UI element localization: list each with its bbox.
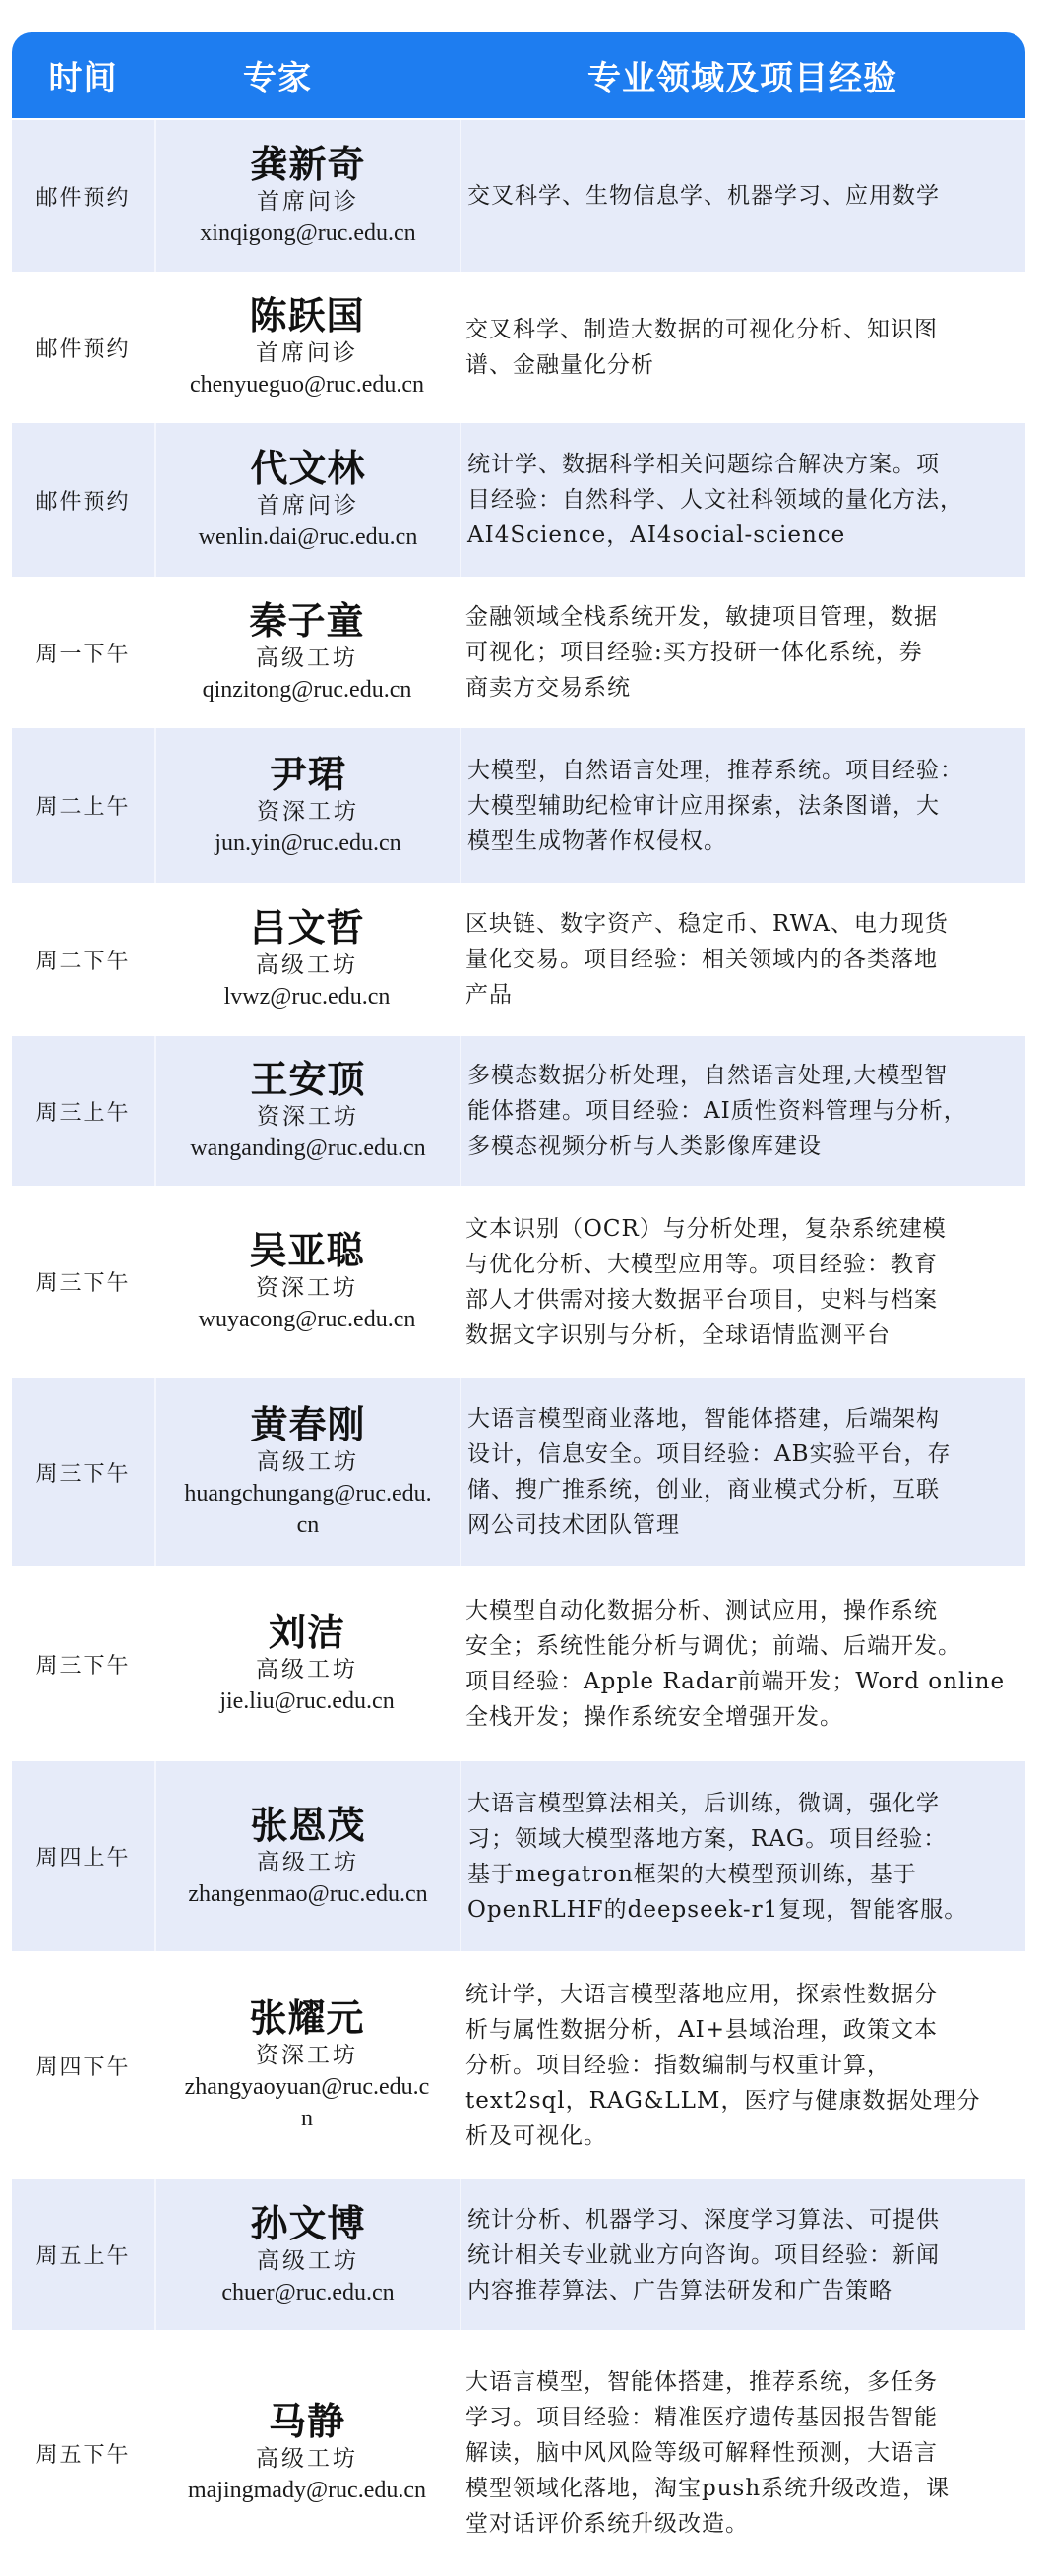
email-line: lvwz@ruc.edu.cn (224, 981, 391, 1012)
time-cell: 周三下午 (12, 1378, 154, 1566)
expertise-cell: 大语言模型，智能体搭建，推荐系统，多任务学习。项目经验：精准医疗遗传基因报告智能… (460, 2330, 1025, 2576)
time-slot: 邮件预约 (35, 485, 130, 516)
table-row: 周三下午黄春刚高级工坊huangchungang@ruc.edu.cn大语言模型… (12, 1378, 1025, 1566)
header-time: 时间 (12, 51, 154, 99)
expert-cell: 黄春刚高级工坊huangchungang@ruc.edu.cn (154, 1378, 460, 1566)
table-header: 时间 专家 专业领域及项目经验 (12, 32, 1025, 118)
time-slot: 周三下午 (35, 1266, 130, 1297)
expertise-cell: 金融领域全栈系统开发，敏捷项目管理，数据可视化；项目经验:买方投研一体化系统，券… (460, 577, 1025, 728)
expertise-line: text2sql，RAG&LLM，医疗与健康数据处理分 (465, 2083, 1021, 2118)
expert-title: 资深工坊 (256, 1272, 358, 1304)
expertise-line: 交叉科学、制造大数据的可视化分析、知识图 (465, 312, 1021, 347)
table-row: 周二上午尹珺资深工坊jun.yin@ruc.edu.cn大模型，自然语言处理，推… (12, 728, 1025, 883)
time-cell: 周二上午 (12, 728, 154, 883)
expertise-line: AI4Science，AI4social-science (467, 518, 1021, 553)
expert-schedule-table: 时间 专家 专业领域及项目经验 邮件预约龚新奇首席问诊xinqigong@ruc… (12, 32, 1025, 2576)
expertise-cell: 大语言模型商业落地，智能体搭建，后端架构设计，信息安全。项目经验：AB实验平台，… (460, 1378, 1025, 1566)
expert-name: 吴亚聪 (249, 1229, 364, 1272)
email-line: n (185, 2103, 430, 2134)
expertise-line: 区块链、数字资产、稳定币、RWA、电力现货 (465, 906, 1021, 942)
expert-title: 高级工坊 (256, 2443, 358, 2475)
time-slot: 周二上午 (35, 790, 130, 821)
time-cell: 邮件预约 (12, 272, 154, 423)
expert-name: 孙文博 (250, 2202, 365, 2245)
time-slot: 邮件预约 (35, 333, 130, 363)
expertise-line: 量化交易。项目经验：相关领域内的各类落地 (465, 942, 1021, 977)
expertise-line: 统计相关专业就业方向咨询。项目经验：新闻 (467, 2238, 1021, 2273)
expertise-line: 大模型辅助纪检审计应用探索，法条图谱，大 (467, 788, 1021, 824)
expertise-line: 部人才供需对接大数据平台项目，史料与档案 (465, 1282, 1021, 1318)
expert-email[interactable]: huangchungang@ruc.edu.cn (184, 1478, 431, 1541)
header-description: 专业领域及项目经验 (460, 51, 1025, 99)
expert-email[interactable]: chuer@ruc.edu.cn (221, 2277, 394, 2308)
expertise-line: 安全；系统性能分析与调优；前端、后端开发。 (465, 1628, 1021, 1664)
expertise-line: 可视化；项目经验:买方投研一体化系统，券 (465, 635, 1021, 670)
expertise-cell: 统计分析、机器学习、深度学习算法、可提供统计相关专业就业方向咨询。项目经验：新闻… (460, 2179, 1025, 2330)
time-cell: 周三上午 (12, 1036, 154, 1186)
expert-email[interactable]: zhangenmao@ruc.edu.cn (188, 1878, 427, 1910)
expertise-line: 大语言模型算法相关，后训练，微调，强化学 (467, 1786, 1021, 1821)
expertise-line: 设计，信息安全。项目经验：AB实验平台，存 (467, 1437, 1021, 1472)
header-expert: 专家 (154, 51, 460, 99)
table-row: 周三下午吴亚聪资深工坊wuyacong@ruc.edu.cn文本识别（OCR）与… (12, 1186, 1025, 1378)
expertise-line: 堂对话评价系统升级改造。 (465, 2506, 1021, 2542)
expertise-line: 析与属性数据分析，AI+县域治理，政策文本 (465, 2012, 1021, 2048)
expert-cell: 秦子童高级工坊qinzitong@ruc.edu.cn (154, 577, 460, 728)
expertise-line: 交叉科学、生物信息学、机器学习、应用数学 (467, 178, 1021, 214)
email-line: wenlin.dai@ruc.edu.cn (199, 521, 418, 553)
table-row: 周四下午张耀元资深工坊zhangyaoyuan@ruc.edu.cn统计学，大语… (12, 1951, 1025, 2179)
expert-title: 首席问诊 (257, 490, 359, 521)
email-line: huangchungang@ruc.edu. (184, 1478, 431, 1509)
expert-cell: 吴亚聪资深工坊wuyacong@ruc.edu.cn (154, 1186, 460, 1378)
table-row: 邮件预约陈跃国首席问诊chenyueguo@ruc.edu.cn交叉科学、制造大… (12, 272, 1025, 423)
expert-name: 代文林 (250, 447, 365, 490)
expert-name: 秦子童 (249, 599, 364, 643)
expert-email[interactable]: zhangyaoyuan@ruc.edu.cn (185, 2071, 430, 2134)
expert-email[interactable]: wenlin.dai@ruc.edu.cn (199, 521, 418, 553)
expertise-line: 金融领域全栈系统开发，敏捷项目管理，数据 (465, 599, 1021, 635)
email-line: xinqigong@ruc.edu.cn (200, 217, 415, 249)
expert-name: 刘洁 (269, 1611, 345, 1654)
expertise-line: 目经验：自然科学、人文社科领域的量化方法， (467, 482, 1021, 518)
expert-cell: 马静高级工坊majingmady@ruc.edu.cn (154, 2330, 460, 2576)
expertise-line: 统计分析、机器学习、深度学习算法、可提供 (467, 2202, 1021, 2238)
time-cell: 周四下午 (12, 1951, 154, 2179)
expert-name: 黄春刚 (250, 1403, 365, 1446)
table-row: 周一下午秦子童高级工坊qinzitong@ruc.edu.cn金融领域全栈系统开… (12, 577, 1025, 728)
expertise-cell: 大模型，自然语言处理，推荐系统。项目经验：大模型辅助纪检审计应用探索，法条图谱，… (460, 728, 1025, 883)
table-row: 周五上午孙文博高级工坊chuer@ruc.edu.cn统计分析、机器学习、深度学… (12, 2179, 1025, 2330)
expertise-line: 网公司技术团队管理 (467, 1507, 1021, 1543)
expert-email[interactable]: xinqigong@ruc.edu.cn (200, 217, 415, 249)
expertise-line: 统计学，大语言模型落地应用，探索性数据分 (465, 1977, 1021, 2012)
expertise-cell: 交叉科学、生物信息学、机器学习、应用数学 (460, 120, 1025, 272)
expertise-line: 学习。项目经验：精准医疗遗传基因报告智能 (465, 2400, 1021, 2435)
expertise-line: 多模态数据分析处理，自然语言处理,大模型智 (467, 1058, 1021, 1093)
expert-cell: 吕文哲高级工坊lvwz@ruc.edu.cn (154, 883, 460, 1036)
table-row: 周三上午王安顶资深工坊wanganding@ruc.edu.cn多模态数据分析处… (12, 1036, 1025, 1186)
time-slot: 邮件预约 (35, 181, 130, 212)
expertise-cell: 文本识别（OCR）与分析处理，复杂系统建模与优化分析、大模型应用等。项目经验：教… (460, 1186, 1025, 1378)
expert-cell: 王安顶资深工坊wanganding@ruc.edu.cn (154, 1036, 460, 1186)
expertise-line: 大模型，自然语言处理，推荐系统。项目经验： (467, 753, 1021, 788)
time-cell: 周五下午 (12, 2330, 154, 2576)
email-line: chuer@ruc.edu.cn (221, 2277, 394, 2308)
expert-email[interactable]: jie.liu@ruc.edu.cn (219, 1686, 394, 1717)
table-body: 邮件预约龚新奇首席问诊xinqigong@ruc.edu.cn交叉科学、生物信息… (12, 120, 1025, 2576)
email-line: wanganding@ruc.edu.cn (190, 1133, 425, 1164)
expert-email[interactable]: chenyueguo@ruc.edu.cn (190, 369, 424, 400)
expertise-cell: 交叉科学、制造大数据的可视化分析、知识图谱、金融量化分析 (460, 272, 1025, 423)
time-cell: 周五上午 (12, 2179, 154, 2330)
expert-name: 陈跃国 (249, 294, 364, 337)
expertise-line: 与优化分析、大模型应用等。项目经验：教育 (465, 1247, 1021, 1282)
expertise-cell: 统计学、数据科学相关问题综合解决方案。项目经验：自然科学、人文社科领域的量化方法… (460, 423, 1025, 577)
expertise-line: 基于megatron框架的大模型预训练，基于 (467, 1857, 1021, 1892)
expertise-cell: 大模型自动化数据分析、测试应用，操作系统安全；系统性能分析与调优；前端、后端开发… (460, 1566, 1025, 1761)
expert-cell: 张耀元资深工坊zhangyaoyuan@ruc.edu.cn (154, 1951, 460, 2179)
expertise-line: 大模型自动化数据分析、测试应用，操作系统 (465, 1593, 1021, 1628)
expert-cell: 龚新奇首席问诊xinqigong@ruc.edu.cn (154, 120, 460, 272)
expert-name: 张耀元 (249, 1996, 364, 2040)
expertise-line: OpenRLHF的deepseek-r1复现，智能客服。 (467, 1892, 1021, 1928)
table-row: 周五下午马静高级工坊majingmady@ruc.edu.cn大语言模型，智能体… (12, 2330, 1025, 2576)
expertise-line: 内容推荐算法、广告算法研发和广告策略 (467, 2273, 1021, 2308)
time-slot: 周二下午 (35, 945, 130, 975)
expertise-cell: 统计学，大语言模型落地应用，探索性数据分析与属性数据分析，AI+县域治理，政策文… (460, 1951, 1025, 2179)
expert-title: 高级工坊 (257, 2245, 359, 2277)
expertise-line: 储、搜广推系统，创业，商业模式分析，互联 (467, 1472, 1021, 1507)
expert-title: 高级工坊 (257, 1446, 359, 1478)
email-line: zhangenmao@ruc.edu.cn (188, 1878, 427, 1910)
expertise-line: 商卖方交易系统 (465, 670, 1021, 705)
expert-cell: 陈跃国首席问诊chenyueguo@ruc.edu.cn (154, 272, 460, 423)
table-row: 周三下午刘洁高级工坊jie.liu@ruc.edu.cn大模型自动化数据分析、测… (12, 1566, 1025, 1761)
expert-cell: 尹珺资深工坊jun.yin@ruc.edu.cn (154, 728, 460, 883)
expert-title: 首席问诊 (256, 337, 358, 369)
expert-cell: 代文林首席问诊wenlin.dai@ruc.edu.cn (154, 423, 460, 577)
table-row: 周四上午张恩茂高级工坊zhangenmao@ruc.edu.cn大语言模型算法相… (12, 1761, 1025, 1951)
expert-name: 王安顶 (250, 1058, 365, 1101)
expertise-line: 谱、金融量化分析 (465, 347, 1021, 383)
expertise-line: 统计学、数据科学相关问题综合解决方案。项 (467, 447, 1021, 482)
expert-title: 高级工坊 (256, 643, 358, 674)
expertise-line: 习；领域大模型落地方案，RAG。项目经验： (467, 1821, 1021, 1857)
expertise-cell: 大语言模型算法相关，后训练，微调，强化学习；领域大模型落地方案，RAG。项目经验… (460, 1761, 1025, 1951)
time-slot: 周三下午 (35, 1457, 130, 1488)
time-slot: 周三下午 (35, 1649, 130, 1680)
expert-title: 高级工坊 (257, 1847, 359, 1878)
expert-title: 资深工坊 (257, 1101, 359, 1133)
expert-email[interactable]: wanganding@ruc.edu.cn (190, 1133, 425, 1164)
expert-title: 资深工坊 (256, 2040, 358, 2071)
time-slot: 周五上午 (35, 2239, 130, 2270)
time-cell: 邮件预约 (12, 120, 154, 272)
expert-name: 马静 (269, 2400, 345, 2443)
expertise-line: 多模态视频分析与人类影像库建设 (467, 1129, 1021, 1164)
email-line: qinzitong@ruc.edu.cn (203, 674, 412, 705)
time-cell: 周一下午 (12, 577, 154, 728)
expert-name: 张恩茂 (250, 1804, 365, 1847)
expertise-line: 项目经验：Apple Radar前端开发；Word online (465, 1664, 1021, 1699)
expert-title: 资深工坊 (257, 796, 359, 828)
expert-cell: 刘洁高级工坊jie.liu@ruc.edu.cn (154, 1566, 460, 1761)
expertise-line: 模型领域化落地，淘宝push系统升级改造，课 (465, 2471, 1021, 2506)
expert-name: 尹珺 (270, 753, 346, 796)
expertise-line: 产品 (465, 977, 1021, 1012)
expertise-line: 析及可视化。 (465, 2118, 1021, 2154)
expertise-cell: 区块链、数字资产、稳定币、RWA、电力现货量化交易。项目经验：相关领域内的各类落… (460, 883, 1025, 1036)
expert-email[interactable]: majingmady@ruc.edu.cn (188, 2475, 426, 2506)
expertise-cell: 多模态数据分析处理，自然语言处理,大模型智能体搭建。项目经验：AI质性资料管理与… (460, 1036, 1025, 1186)
expertise-line: 模型生成物著作权侵权。 (467, 824, 1021, 859)
email-line: chenyueguo@ruc.edu.cn (190, 369, 424, 400)
time-slot: 周三上午 (35, 1096, 130, 1127)
expertise-line: 大语言模型商业落地，智能体搭建，后端架构 (467, 1401, 1021, 1437)
expertise-line: 能体搭建。项目经验：AI质性资料管理与分析， (467, 1093, 1021, 1129)
time-slot: 周五下午 (35, 2438, 130, 2469)
email-line: jun.yin@ruc.edu.cn (215, 828, 400, 859)
email-line: majingmady@ruc.edu.cn (188, 2475, 426, 2506)
expert-email[interactable]: qinzitong@ruc.edu.cn (203, 674, 412, 705)
expert-title: 高级工坊 (256, 950, 358, 981)
expertise-line: 全栈开发；操作系统安全增强开发。 (465, 1699, 1021, 1735)
expert-title: 高级工坊 (256, 1654, 358, 1686)
time-cell: 邮件预约 (12, 423, 154, 577)
expertise-line: 分析。项目经验：指数编制与权重计算， (465, 2048, 1021, 2083)
table-row: 邮件预约代文林首席问诊wenlin.dai@ruc.edu.cn统计学、数据科学… (12, 423, 1025, 577)
time-slot: 周四上午 (35, 1841, 130, 1871)
time-cell: 周三下午 (12, 1566, 154, 1761)
time-slot: 周一下午 (35, 638, 130, 668)
expertise-line: 数据文字识别与分析，全球语情监测平台 (465, 1318, 1021, 1353)
email-line: jie.liu@ruc.edu.cn (219, 1686, 394, 1717)
time-cell: 周四上午 (12, 1761, 154, 1951)
time-slot: 周四下午 (35, 2051, 130, 2081)
expert-email[interactable]: wuyacong@ruc.edu.cn (199, 1304, 416, 1335)
expert-email[interactable]: jun.yin@ruc.edu.cn (215, 828, 400, 859)
expert-cell: 张恩茂高级工坊zhangenmao@ruc.edu.cn (154, 1761, 460, 1951)
table-row: 邮件预约龚新奇首席问诊xinqigong@ruc.edu.cn交叉科学、生物信息… (12, 120, 1025, 272)
email-line: cn (184, 1509, 431, 1541)
table-row: 周二下午吕文哲高级工坊lvwz@ruc.edu.cn区块链、数字资产、稳定币、R… (12, 883, 1025, 1036)
expert-cell: 孙文博高级工坊chuer@ruc.edu.cn (154, 2179, 460, 2330)
expert-name: 龚新奇 (250, 143, 365, 186)
expertise-line: 大语言模型，智能体搭建，推荐系统，多任务 (465, 2364, 1021, 2400)
expert-title: 首席问诊 (257, 186, 359, 217)
email-line: zhangyaoyuan@ruc.edu.c (185, 2071, 430, 2103)
expertise-line: 解读，脑中风风险等级可解释性预测，大语言 (465, 2435, 1021, 2471)
email-line: wuyacong@ruc.edu.cn (199, 1304, 416, 1335)
expertise-line: 文本识别（OCR）与分析处理，复杂系统建模 (465, 1211, 1021, 1247)
time-cell: 周二下午 (12, 883, 154, 1036)
expert-email[interactable]: lvwz@ruc.edu.cn (224, 981, 391, 1012)
expert-name: 吕文哲 (249, 906, 364, 950)
time-cell: 周三下午 (12, 1186, 154, 1378)
